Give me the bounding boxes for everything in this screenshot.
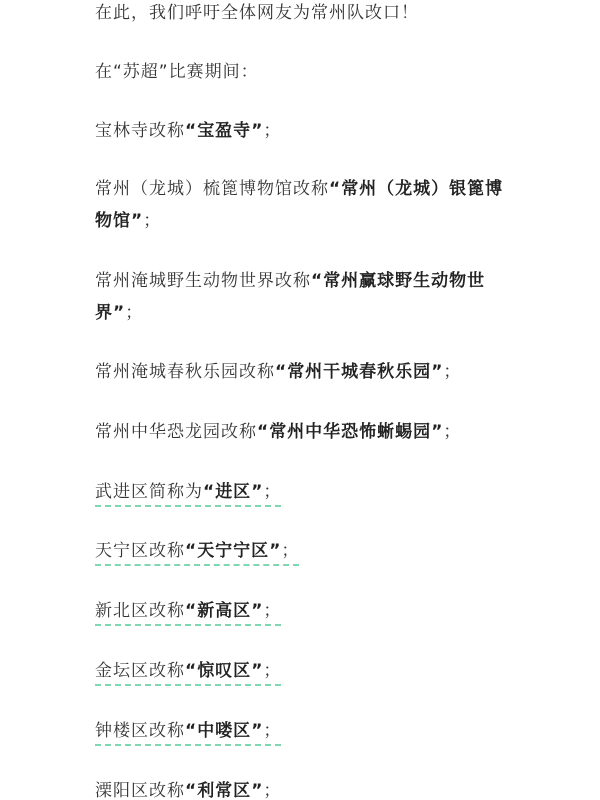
quote-open: “ <box>185 721 197 741</box>
punctuation: ； <box>263 482 281 502</box>
quote-close: ” <box>431 422 443 442</box>
quote-close: ” <box>251 661 263 681</box>
punctuation: ； <box>143 211 161 231</box>
new-name: 天宁宁区 <box>197 541 269 561</box>
rename-item-comb-museum: 常州（龙城）梳篦博物馆改称“常州（龙城）银篦博物馆”； <box>95 173 515 237</box>
quote-open: “ <box>185 781 197 800</box>
quote-open: “ <box>185 601 197 621</box>
new-name: 进区 <box>215 482 251 502</box>
new-name: 利常区 <box>197 781 251 800</box>
new-name: 常州干城春秋乐园 <box>287 362 431 382</box>
original-name: 常州中华恐龙园改称 <box>95 422 257 442</box>
rename-item-spring-autumn-park: 常州淹城春秋乐园改称“常州干城春秋乐园”； <box>95 356 515 388</box>
punctuation: ； <box>263 601 281 621</box>
rename-item-wujin-district: 武进区简称为“进区”； <box>95 476 515 508</box>
period-paragraph: 在“苏超”比赛期间： <box>95 56 515 88</box>
quote-close: ” <box>131 211 143 231</box>
quote-close: ” <box>431 362 443 382</box>
wujin-district-link[interactable]: 武进区简称为“进区”； <box>95 482 281 507</box>
punctuation: ； <box>263 661 281 681</box>
quote-close: ” <box>251 781 263 800</box>
original-name: 常州淹城野生动物世界改称 <box>95 271 311 291</box>
quote-open: “ <box>185 541 197 561</box>
quote-close: ” <box>269 541 281 561</box>
original-name: 新北区改称 <box>95 601 185 621</box>
new-name: 惊叹区 <box>197 661 251 681</box>
new-name: 新高区 <box>197 601 251 621</box>
original-name: 宝林寺改称 <box>95 121 185 141</box>
original-name: 钟楼区改称 <box>95 721 185 741</box>
original-name: 常州（龙城）梳篦博物馆改称 <box>95 179 329 199</box>
quote-open: “ <box>185 121 197 141</box>
original-name: 常州淹城春秋乐园改称 <box>95 362 275 382</box>
quote-open: “ <box>275 362 287 382</box>
rename-item-liyang-district: 溧阳区改称“利常区”； <box>95 775 515 800</box>
rename-item-jintan-district: 金坛区改称“惊叹区”； <box>95 655 515 687</box>
quote-close: ” <box>251 601 263 621</box>
rename-item-zhonglou-district: 钟楼区改称“中喽区”； <box>95 715 515 747</box>
punctuation: ； <box>281 541 299 561</box>
quote-open: “ <box>185 661 197 681</box>
zhonglou-district-link[interactable]: 钟楼区改称“中喽区”； <box>95 721 281 746</box>
new-name: 宝盈寺 <box>197 121 251 141</box>
punctuation: ； <box>443 422 461 442</box>
intro-paragraph: 在此，我们呼吁全体网友为常州队改口！ <box>95 0 515 29</box>
rename-item-baolin-temple: 宝林寺改称“宝盈寺”； <box>95 115 515 147</box>
quote-close: ” <box>251 721 263 741</box>
punctuation: ； <box>443 362 461 382</box>
period-text: 在“苏超”比赛期间： <box>95 62 259 82</box>
quote-close: ” <box>251 121 263 141</box>
tianning-district-link[interactable]: 天宁区改称“天宁宁区”； <box>95 541 299 566</box>
rename-item-xinbei-district: 新北区改称“新高区”； <box>95 595 515 627</box>
punctuation: ； <box>263 781 281 800</box>
punctuation: ； <box>263 121 281 141</box>
rename-item-dinosaur-park: 常州中华恐龙园改称“常州中华恐怖蜥蜴园”； <box>95 416 515 448</box>
new-name: 中喽区 <box>197 721 251 741</box>
quote-open: “ <box>311 271 323 291</box>
rename-item-tianning-district: 天宁区改称“天宁宁区”； <box>95 535 515 567</box>
xinbei-district-link[interactable]: 新北区改称“新高区”； <box>95 601 281 626</box>
original-name: 天宁区改称 <box>95 541 185 561</box>
quote-close: ” <box>113 303 125 323</box>
quote-open: “ <box>329 179 341 199</box>
quote-open: “ <box>203 482 215 502</box>
jintan-district-link[interactable]: 金坛区改称“惊叹区”； <box>95 661 281 686</box>
original-name: 溧阳区改称 <box>95 781 185 800</box>
intro-text: 在此，我们呼吁全体网友为常州队改口！ <box>95 3 419 23</box>
rename-item-wildlife-world: 常州淹城野生动物世界改称“常州赢球野生动物世界”； <box>95 265 515 329</box>
quote-open: “ <box>257 422 269 442</box>
original-name: 金坛区改称 <box>95 661 185 681</box>
punctuation: ； <box>125 303 143 323</box>
original-name: 武进区简称为 <box>95 482 203 502</box>
quote-close: ” <box>251 482 263 502</box>
new-name: 常州中华恐怖蜥蜴园 <box>269 422 431 442</box>
punctuation: ； <box>263 721 281 741</box>
